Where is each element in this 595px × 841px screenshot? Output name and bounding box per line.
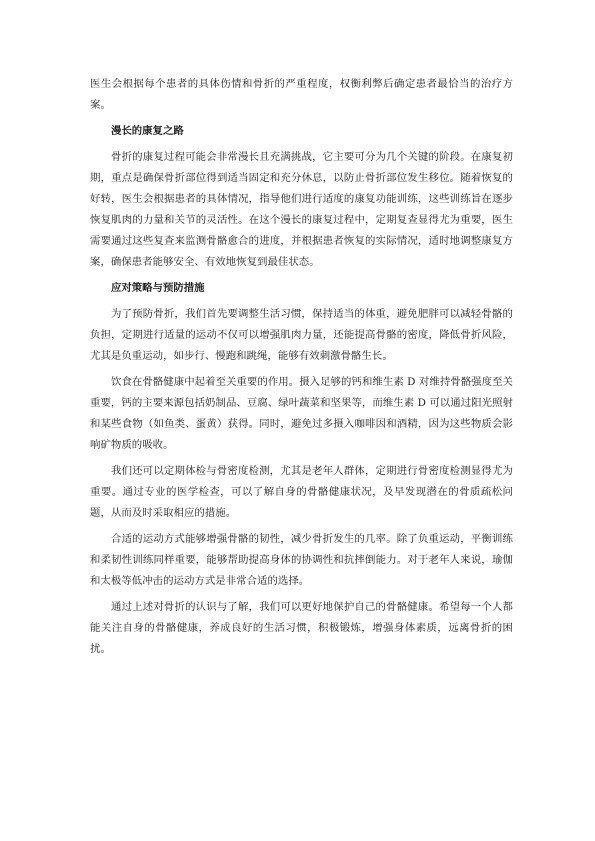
section-heading-recovery: 漫长的康复之路 — [90, 121, 513, 142]
document-page: 医生会根据每个患者的具体伤情和骨折的严重程度，权衡利弊后确定患者最恰当的治疗方案… — [90, 74, 513, 660]
prevention-paragraph-diet: 饮食在骨骼健康中起着至关重要的作用。摄入足够的钙和维生素 D 对维持骨骼强度至关… — [90, 372, 513, 456]
prevention-paragraph-exercise: 合适的运动方式能够增强骨骼的韧性，减少骨折发生的几率。除了负重运动，平衡训练和柔… — [90, 529, 513, 592]
section-heading-prevention: 应对策略与预防措施 — [90, 278, 513, 299]
prevention-paragraph-checkup: 我们还可以定期体检与骨密度检测，尤其是老年人群体，定期进行骨密度检测显得尤为重要… — [90, 461, 513, 524]
conclusion-paragraph: 通过上述对骨折的认识与了解，我们可以更好地保护自己的骨骼健康。希望每一个人都能关… — [90, 597, 513, 660]
recovery-paragraph: 骨折的康复过程可能会非常漫长且充满挑战，它主要可分为几个关键的阶段。在康复初期，… — [90, 147, 513, 273]
prevention-paragraph-lifestyle: 为了预防骨折，我们首先要调整生活习惯，保持适当的体重，避免肥胖可以减轻骨骼的负担… — [90, 304, 513, 367]
intro-paragraph-tail: 医生会根据每个患者的具体伤情和骨折的严重程度，权衡利弊后确定患者最恰当的治疗方案… — [90, 74, 513, 116]
